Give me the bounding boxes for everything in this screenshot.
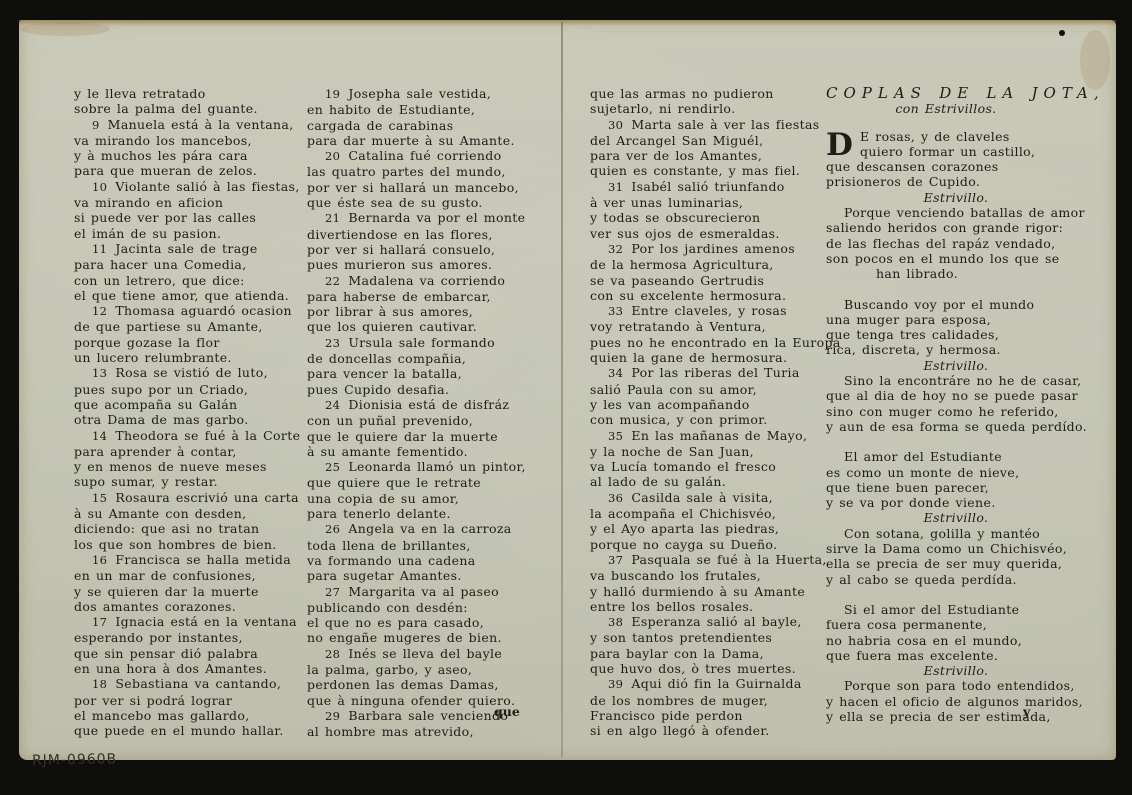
verse-line: el imán de su pasion. [74,226,304,241]
verse-line: y al cabo se queda perdída. [826,572,1056,587]
verse-text: esperando por instantes, [74,630,243,645]
verse-text: que acompaña su Galán [74,397,237,412]
verse-line-numbered: 31Isabél salió triunfando [590,179,815,195]
verse-line-numbered: 11Jacinta sale de trage [74,241,304,257]
stanza-number: 37 [608,553,623,568]
verse-line: para haberse de embarcar, [307,289,527,304]
stanza-number: 22 [325,274,340,289]
verse-text: Marta sale à ver las fiestas [631,117,819,132]
verse-line: en una hora à dos Amantes. [74,661,304,676]
stanza-4: Si el amor del Estudiantefuera cosa perm… [826,602,1056,663]
verse-text: por ver si hallará un mancebo, [307,180,519,195]
verse-text: para sugetar Amantes. [307,568,462,583]
stanza-number: 27 [325,585,340,600]
verse-line-numbered: 21Bernarda va por el monte [307,210,527,226]
verse-text: de los nombres de muger, [590,693,768,708]
verse-line: un lucero relumbrante. [74,350,304,365]
verse-line-numbered: 24Dionisia está de disfráz [307,397,527,413]
verse-text: en un mar de confusiones, [74,568,256,583]
verse-text: para haberse de embarcar, [307,289,491,304]
stanza-1: quiero formar un castillo,que descansen … [826,144,1056,190]
verse-line: para hacer una Comedia, [74,257,304,272]
coplas-title: COPLAS DE LA JOTA, [826,86,1056,101]
verse-line: que le quiere dar la muerte [307,429,527,444]
verse-text: publicando con desdén: [307,600,468,615]
stanza-number: 10 [92,180,107,195]
verse-line: han librado. [826,266,1056,281]
verse-line: las quatro partes del mundo, [307,164,527,179]
verse-line-numbered: 10Violante salió à las fiestas, [74,179,304,195]
stanza-number: 34 [608,366,623,381]
verse-text: de que partiese su Amante, [74,319,263,334]
verse-line: para que mueran de zelos. [74,163,304,178]
catchword-left: que [494,704,520,719]
verse-line: ella se precia de ser muy querida, [826,556,1056,571]
verse-text: Violante salió à las fiestas, [115,179,299,194]
verse-text: y halló durmiendo à su Amante [590,584,805,599]
verse-line: ver sus ojos de esmeraldas. [590,226,815,241]
verse-text: con su excelente hermosura. [590,288,786,303]
refrain-3: Con sotana, golilla y mantéosirve la Dam… [826,526,1056,587]
stanza-number: 38 [608,615,623,630]
verse-line: quien es constante, y mas fiel. [590,163,815,178]
verse-line: Porque son para todo entendidos, [826,678,1056,693]
verse-text: el imán de su pasion. [74,226,221,241]
verse-text: cargada de carabinas [307,118,453,133]
verse-line: por ver si podrá lograr [74,693,304,708]
verse-line: pues no he encontrado en la Europa [590,335,815,350]
verse-text: Sebastiana va cantando, [115,676,281,691]
stanza-number: 23 [325,336,340,351]
verse-text: del Arcangel San Miguél, [590,133,763,148]
verse-text: si puede ver por las calles [74,210,256,225]
verse-line: con un letrero, que dice: [74,273,304,288]
verse-line: cargada de carabinas [307,118,527,133]
verse-text: y le lleva retratado [74,86,206,101]
verse-line: que éste sea de su gusto. [307,195,527,210]
verse-text: las quatro partes del mundo, [307,164,506,179]
verse-line: El amor del Estudiante [826,449,1056,464]
verse-text: que à ninguna ofender quiero. [307,693,515,708]
verse-line: y en menos de nueve meses [74,459,304,474]
verse-line: al lado de su galán. [590,474,815,489]
verse-text: al hombre mas atrevido, [307,724,474,739]
verse-line: que acompaña su Galán [74,397,304,412]
verse-line-numbered: 12Thomasa aguardó ocasion [74,303,304,319]
verse-line: son pocos en el mundo los que se [826,251,1056,266]
verse-line: va Lucía tomando el fresco [590,459,815,474]
verse-line: à su amante fementido. [307,444,527,459]
verse-line: al hombre mas atrevido, [307,724,527,739]
verse-line: quiero formar un castillo, [826,144,1056,159]
verse-line: que quiere que le retrate [307,475,527,490]
verse-text: va formando una cadena [307,553,476,568]
stanza-number: 13 [92,366,107,381]
first-line-with-dropcap: D E rosas, y de claveles [826,129,1056,144]
verse-text: Entre claveles, y rosas [631,303,787,318]
verse-text: sobre la palma del guante. [74,101,258,116]
verse-text: en una hora à dos Amantes. [74,661,267,676]
verse-line: si puede ver por las calles [74,210,304,225]
verse-line: del Arcangel San Miguél, [590,133,815,148]
verse-line: sino con muger como he referido, [826,404,1056,419]
stanza-number: 17 [92,615,107,630]
verse-text: Aqui dió fin la Guirnalda [631,676,801,691]
verse-line: que puede en el mundo hallar. [74,723,304,738]
verse-text: Francisca se halla metida [115,552,291,567]
verse-line: para ver de los Amantes, [590,148,815,163]
verse-line-numbered: 35En las mañanas de Mayo, [590,428,815,444]
verse-line: y se va por donde viene. [826,495,1056,510]
verse-line: Porque venciendo batallas de amor [826,205,1056,220]
verse-text: para que mueran de zelos. [74,163,257,178]
verse-text: que le quiere dar la muerte [307,429,498,444]
verse-line: va mirando en aficion [74,195,304,210]
verse-text: Casilda sale à visita, [631,490,773,505]
verse-line: que fuera mas excelente. [826,648,1056,663]
verse-line: esperando por instantes, [74,630,304,645]
verse-text: Inés se lleva del bayle [348,646,502,661]
estrivillo-label: Estrivillo. [826,663,1056,678]
stanza-number: 21 [325,211,340,226]
verse-text: va Lucía tomando el fresco [590,459,776,474]
verse-line: sobre la palma del guante. [74,101,304,116]
verse-line: el que tiene amor, que atienda. [74,288,304,303]
stanza-number: 24 [325,398,340,413]
verse-text: toda llena de brillantes, [307,538,471,553]
verse-text: que quiere que le retrate [307,475,481,490]
stanza-number: 31 [608,180,623,195]
verse-text: de doncellas compañia, [307,351,466,366]
stanza-number: 39 [608,677,623,692]
verse-line: saliendo heridos con grande rigor: [826,220,1056,235]
verse-line: y todas se obscurecieron [590,210,815,225]
verse-line: à su Amante con desden, [74,506,304,521]
catchword-right: y [1023,704,1030,719]
stanza-number: 36 [608,491,623,506]
verse-text: que huvo dos, ò tres muertes. [590,661,796,676]
verse-line-numbered: 16Francisca se halla metida [74,552,304,568]
verse-text: va mirando los mancebos, [74,133,252,148]
verse-text: divertiendose en las flores, [307,227,493,242]
verse-text: à ver unas luminarias, [590,195,743,210]
verse-text: y son tantos pretendientes [590,630,772,645]
center-fold [561,22,563,757]
verse-text: para ver de los Amantes, [590,148,762,163]
stanza-number: 35 [608,429,623,444]
verse-text: por ver si hallará consuelo, [307,242,495,257]
estrivillo-label: Estrivillo. [826,190,1056,205]
verse-text: Isabél salió triunfando [631,179,784,194]
estrivillo-label: Estrivillo. [826,358,1056,373]
verse-line-numbered: 9Manuela está à la ventana, [74,117,304,133]
verse-line: por ver si hallará consuelo, [307,242,527,257]
verse-line: que sin pensar dió palabra [74,646,304,661]
verse-line: una copia de su amor, [307,491,527,506]
verse-text: para vencer la batalla, [307,366,462,381]
verse-text: un lucero relumbrante. [74,350,232,365]
verse-line-numbered: 20Catalina fué corriendo [307,148,527,164]
left-page-column-1: y le lleva retratadosobre la palma del g… [74,86,304,738]
verse-line: el que no es para casado, [307,615,527,630]
verse-line: que descansen corazones [826,159,1056,174]
verse-text: con un letrero, que dice: [74,273,245,288]
wormhole-mark [1059,30,1065,36]
verse-line: fuera cosa permanente, [826,617,1056,632]
verse-line: en habito de Estudiante, [307,102,527,117]
verse-line: que tiene buen parecer, [826,480,1056,495]
stanza-number: 25 [325,460,340,475]
verse-text: no engañe mugeres de bien. [307,630,502,645]
verse-text: Thomasa aguardó ocasion [115,303,292,318]
verse-text: se va paseando Gertrudis [590,273,764,288]
verse-text: Ursula sale formando [348,335,495,350]
verse-text: pues supo por un Criado, [74,382,248,397]
verse-line: que al dia de hoy no se puede pasar [826,388,1056,403]
verse-line: à ver unas luminarias, [590,195,815,210]
dropcap-initial: D [826,130,853,160]
verse-line-numbered: 25Leonarda llamó un pintor, [307,459,527,475]
verse-line: y hacen el oficio de algunos maridos, [826,694,1056,709]
verse-line: pues supo por un Criado, [74,382,304,397]
verse-line-numbered: 14Theodora se fué à la Corte [74,428,304,444]
verse-line-numbered: 33Entre claveles, y rosas [590,303,815,319]
verse-text: entre los bellos rosales. [590,599,753,614]
verse-text: à su amante fementido. [307,444,468,459]
verse-text: Dionisia está de disfráz [348,397,509,412]
verse-line: es como un monte de nieve, [826,465,1056,480]
paper-stain [1080,30,1110,90]
verse-line: y la noche de San Juan, [590,444,815,459]
verse-line: Buscando voy por el mundo [826,297,1056,312]
verse-line: y son tantos pretendientes [590,630,815,645]
verse-line: y les van acompañando [590,397,815,412]
verse-text: Margarita va al paseo [348,584,499,599]
verse-text: Por las riberas del Turia [631,365,799,380]
verse-text: dos amantes corazones. [74,599,236,614]
verse-line: se va paseando Gertrudis [590,273,815,288]
right-page-column-3: que las armas no pudieronsujetarlo, ni r… [590,86,815,738]
verse-text: pues no he encontrado en la Europa [590,335,841,350]
verse-text: por librar à sus amores, [307,304,473,319]
verse-text: En las mañanas de Mayo, [631,428,807,443]
verse-line: la acompaña el Chichisvéo, [590,506,815,521]
verse-line: voy retratando à Ventura, [590,319,815,334]
verse-line: va formando una cadena [307,553,527,568]
verse-text: Bernarda va por el monte [348,210,525,225]
verse-line: publicando con desdén: [307,600,527,615]
verse-text: porque no cayga su Dueño. [590,537,777,552]
verse-line-numbered: 17Ignacia está en la ventana [74,614,304,630]
verse-line: otra Dama de mas garbo. [74,412,304,427]
stanza-number: 15 [92,491,107,506]
verse-line: la palma, garbo, y aseo, [307,662,527,677]
verse-text: Angela va en la carroza [348,521,511,536]
verse-text: y la noche de San Juan, [590,444,754,459]
verse-text: que éste sea de su gusto. [307,195,483,210]
verse-line: rica, discreta, y hermosa. [826,342,1056,357]
verse-text: para hacer una Comedia, [74,257,247,272]
verse-line: salió Paula con su amor, [590,382,815,397]
stanza-number: 28 [325,647,340,662]
verse-line-numbered: 13Rosa se vistió de luto, [74,365,304,381]
verse-text: y en menos de nueve meses [74,459,267,474]
verse-text: de la hermosa Agricultura, [590,257,774,272]
verse-line: prisioneros de Cupido. [826,174,1056,189]
verse-line: y à muchos les pára cara [74,148,304,163]
verse-text: una copia de su amor, [307,491,459,506]
stanza-number: 29 [325,709,340,724]
verse-line: de las flechas del rapáz vendado, [826,236,1056,251]
verse-line: para sugetar Amantes. [307,568,527,583]
verse-text: Barbara sale venciendo [348,708,508,723]
verse-line: entre los bellos rosales. [590,599,815,614]
verse-line: sujetarlo, ni rendirlo. [590,101,815,116]
verse-line: el mancebo mas gallardo, [74,708,304,723]
verse-line: perdonen las demas Damas, [307,677,527,692]
verse-line: porque no cayga su Dueño. [590,537,815,552]
verse-line: y se quieren dar la muerte [74,584,304,599]
verse-text: porque gozase la flor [74,335,220,350]
stanza-number: 11 [92,242,107,257]
stanza-number: 14 [92,429,107,444]
verse-text: Josepha sale vestida, [348,86,491,101]
verse-text: al lado de su galán. [590,474,726,489]
verse-text: quien la gane de hermosura. [590,350,787,365]
verse-line: pues Cupido desafia. [307,382,527,397]
verse-line: diciendo: que asi no tratan [74,521,304,536]
verse-line: por ver si hallará un mancebo, [307,180,527,195]
verse-line: de la hermosa Agricultura, [590,257,815,272]
verse-line-numbered: 39Aqui dió fin la Guirnalda [590,676,815,692]
verse-line: con su excelente hermosura. [590,288,815,303]
verse-text: supo sumar, y restar. [74,474,218,489]
verse-line-numbered: 27Margarita va al paseo [307,584,527,600]
verse-text: para baylar con la Dama, [590,646,764,661]
verse-text: por ver si podrá lograr [74,693,232,708]
verse-line-numbered: 28Inés se lleva del bayle [307,646,527,662]
verse-line: para baylar con la Dama, [590,646,815,661]
verse-line: y aun de esa forma se queda perdído. [826,419,1056,434]
verse-text: ver sus ojos de esmeraldas. [590,226,780,241]
verse-text: que las armas no pudieron [590,86,774,101]
verse-line: Francisco pide perdon [590,708,815,723]
verse-text: Leonarda llamó un pintor, [348,459,525,474]
verse-line: no habria cosa en el mundo, [826,633,1056,648]
verse-text: Catalina fué corriendo [348,148,501,163]
verse-line: con un puñal prevenido, [307,413,527,428]
paper-stain [20,22,110,36]
verse-line: una muger para esposa, [826,312,1056,327]
verse-text: y les van acompañando [590,397,750,412]
verse-text: diciendo: que asi no tratan [74,521,259,536]
verse-text: voy retratando à Ventura, [590,319,766,334]
verse-line: de que partiese su Amante, [74,319,304,334]
verse-line-numbered: 34Por las riberas del Turia [590,365,815,381]
verse-text: si en algo llegó à ofender. [590,723,770,738]
verse-line: en un mar de confusiones, [74,568,304,583]
verse-line-numbered: 19Josepha sale vestida, [307,86,527,102]
verse-text: à su Amante con desden, [74,506,246,521]
verse-line: y ella se precia de ser estimada, [826,709,1056,724]
stanza-number: 33 [608,304,623,319]
verse-line-numbered: 23Ursula sale formando [307,335,527,351]
verse-line-numbered: 32Por los jardines amenos [590,241,815,257]
verse-line: para aprender à contar, [74,444,304,459]
verse-line: los que son hombres de bien. [74,537,304,552]
verse-line: sirve la Dama como un Chichisvéo, [826,541,1056,556]
refrain-1: Porque venciendo batallas de amorsaliend… [826,205,1056,281]
verse-text: que sin pensar dió palabra [74,646,258,661]
verse-text: otra Dama de mas garbo. [74,412,249,427]
stanza-number: 30 [608,118,623,133]
verse-text: Rosa se vistió de luto, [115,365,268,380]
verse-line-numbered: 22Madalena va corriendo [307,273,527,289]
right-page-column-4: COPLAS DE LA JOTA, con Estrivillos. D E … [826,86,1056,724]
verse-line: si en algo llegó à ofender. [590,723,815,738]
verse-text: en habito de Estudiante, [307,102,475,117]
verse-text: y se quieren dar la muerte [74,584,259,599]
verse-line-numbered: 18Sebastiana va cantando, [74,676,304,692]
verse-text: los que son hombres de bien. [74,537,277,552]
paper-edge-stain [19,20,1116,26]
refrain-4: Porque son para todo entendidos,y hacen … [826,678,1056,724]
verse-line: va buscando los frutales, [590,568,815,583]
verse-text: sujetarlo, ni rendirlo. [590,101,735,116]
verse-line-numbered: 30Marta sale à ver las fiestas [590,117,815,133]
verse-text: va buscando los frutales, [590,568,761,583]
verse-text: Manuela está à la ventana, [108,117,294,132]
refrain-2: Sino la encontráre no he de casar,que al… [826,373,1056,434]
verse-line: para dar muerte à su Amante. [307,133,527,148]
verse-line-numbered: 15Rosaura escrivió una carta [74,490,304,506]
verse-line: toda llena de brillantes, [307,538,527,553]
verse-text: y el Ayo aparta las piedras, [590,521,779,536]
verse-text: va mirando en aficion [74,195,223,210]
verse-text: el que no es para casado, [307,615,484,630]
stanza-number: 18 [92,677,107,692]
stanza-2: Buscando voy por el mundouna muger para … [826,297,1056,358]
verse-text: con musica, y con primor. [590,412,768,427]
verse-text: para tenerlo delante. [307,506,451,521]
verse-text: salió Paula con su amor, [590,382,757,397]
verse-line: porque gozase la flor [74,335,304,350]
stanza-number: 26 [325,522,340,537]
verse-line: y le lleva retratado [74,86,304,101]
verse-text: el que tiene amor, que atienda. [74,288,289,303]
verse-line: que huvo dos, ò tres muertes. [590,661,815,676]
verse-line: Sino la encontráre no he de casar, [826,373,1056,388]
estrivillo-label: Estrivillo. [826,510,1056,525]
verse-text: para aprender à contar, [74,444,237,459]
stanza-3: El amor del Estudiantees como un monte d… [826,449,1056,510]
coplas-subtitle: con Estrivillos. [826,101,1056,116]
verse-line: que tenga tres calidades, [826,327,1056,342]
verse-text: Madalena va corriendo [348,273,505,288]
verse-line: divertiendose en las flores, [307,227,527,242]
verse-line-numbered: 36Casilda sale à visita, [590,490,815,506]
verse-line: y el Ayo aparta las piedras, [590,521,815,536]
verse-text: que los quieren cautivar. [307,319,477,334]
verse-text: con un puñal prevenido, [307,413,473,428]
verse-line: de doncellas compañia, [307,351,527,366]
stanza-number: 20 [325,149,340,164]
verse-text: y todas se obscurecieron [590,210,760,225]
verse-text: Por los jardines amenos [631,241,795,256]
stanza-number: 9 [92,118,100,133]
verse-text: el mancebo mas gallardo, [74,708,250,723]
verse-text: la acompaña el Chichisvéo, [590,506,776,521]
